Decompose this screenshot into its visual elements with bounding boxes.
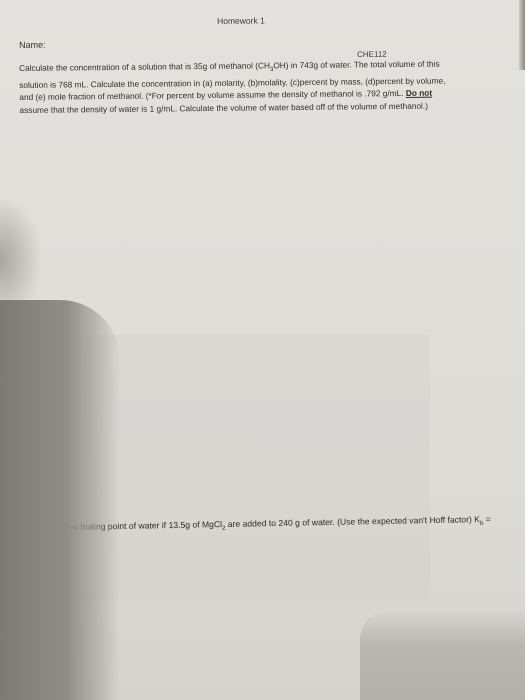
q1-text-a: Calculate the concentration of a solutio…: [19, 60, 270, 73]
q1-emphasis: Do not: [406, 88, 432, 98]
name-label: Name:: [19, 40, 46, 50]
hand-shadow-left: [0, 300, 120, 700]
q2-text-b: are added to 240 g of water. (Use the ex…: [225, 514, 480, 529]
question-1: Calculate the concentration of a solutio…: [19, 57, 460, 116]
shadow-bottom-right: [360, 610, 525, 700]
page-title: Homework 1: [217, 16, 265, 26]
bleed-through-region: [85, 335, 430, 600]
paper-edge: [519, 0, 525, 70]
